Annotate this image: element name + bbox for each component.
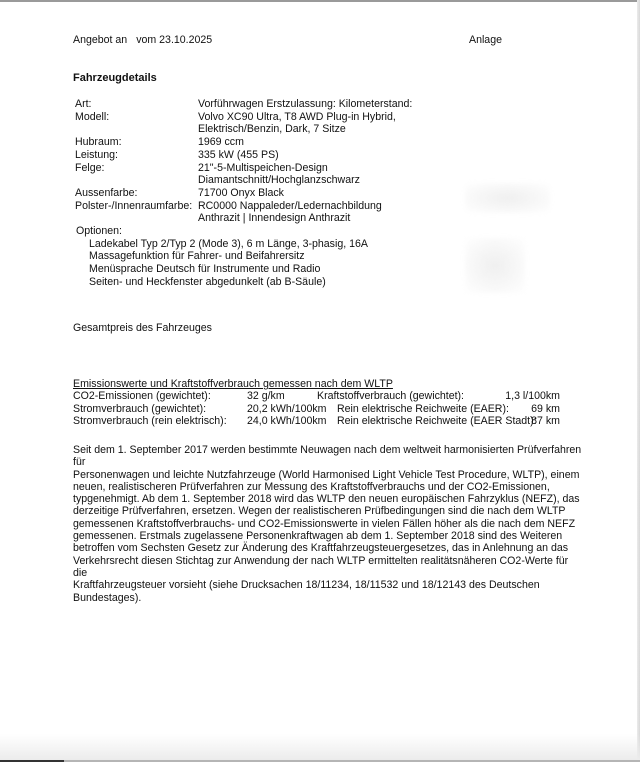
detail-row: Art:Vorführwagen Erstzulassung: Kilomete… (73, 98, 412, 111)
paragraph-line: Kraftfahrzeugsteuer vorsieht (siehe Druc… (73, 579, 583, 591)
option-item: Massagefunktion für Fahrer- und Beifahre… (89, 250, 412, 263)
detail-row: Anthrazit | Innendesign Anthrazit (73, 212, 412, 225)
emission-label: Stromverbrauch (gewichtet): (73, 403, 206, 415)
detail-label: Aussenfarbe: (73, 187, 198, 200)
detail-row: Felge:21"-5-Multispeichen-Design (73, 162, 412, 175)
emissions-row: CO2-Emissionen (gewichtet): 32 g/km Kraf… (73, 390, 573, 402)
detail-label: Leistung: (73, 149, 198, 162)
detail-value: Elektrisch/Benzin, Dark, 7 Sitze (198, 123, 346, 136)
emissions-section: Emissionswerte und Kraftstoffverbrauch g… (73, 378, 573, 427)
detail-value: 71700 Onyx Black (198, 187, 284, 200)
emissions-heading: Emissionswerte und Kraftstoffverbrauch g… (73, 378, 573, 390)
detail-label (73, 174, 198, 187)
paragraph-line: Seit dem 1. September 2017 werden bestim… (73, 444, 583, 469)
detail-value: 1969 ccm (198, 136, 244, 149)
redacted-region (465, 238, 525, 293)
detail-row: Hubraum:1969 ccm (73, 136, 412, 149)
paragraph-line: betroffen vom Sechsten Gesetz zur Änderu… (73, 542, 583, 554)
detail-row: Leistung:335 kW (455 PS) (73, 149, 412, 162)
emission-value: 20,2 kWh/100km (247, 403, 327, 415)
page-top-border (0, 0, 640, 2)
offer-label: Angebot an (73, 34, 127, 46)
paragraph-line: neuen, realistischeren Prüfverfahren zur… (73, 481, 583, 493)
paragraph-line: Bundestages). (73, 592, 583, 604)
paragraph-line: gemessenen. Erstmals zugelassene Persone… (73, 530, 583, 542)
paragraph-line: derzeitige Prüfverfahren, ersetzen. Wege… (73, 505, 583, 517)
detail-value: Diamantschnitt/Hochglanzschwarz (198, 174, 360, 187)
wltp-legal-paragraph: Seit dem 1. September 2017 werden bestim… (73, 444, 583, 604)
emission-label-2: Kraftstoffverbrauch (gewichtet): (317, 390, 464, 402)
detail-row: Modell:Volvo XC90 Ultra, T8 AWD Plug-in … (73, 111, 412, 124)
attachment-label: Anlage (469, 34, 502, 46)
detail-row: Diamantschnitt/Hochglanzschwarz (73, 174, 412, 187)
redacted-region (465, 183, 550, 213)
emission-value: 24,0 kWh/100km (247, 415, 327, 427)
options-list: Ladekabel Typ 2/Typ 2 (Mode 3), 6 m Läng… (73, 238, 412, 289)
vehicle-details-table: Art:Vorführwagen Erstzulassung: Kilomete… (73, 98, 412, 289)
emissions-row: Stromverbrauch (rein elektrisch): 24,0 k… (73, 415, 573, 427)
options-label: Optionen: (73, 225, 412, 238)
detail-label: Polster-/Innenraumfarbe: (73, 200, 198, 213)
detail-row: Polster-/Innenraumfarbe:RC0000 Nappalede… (73, 200, 412, 213)
detail-label (73, 212, 198, 225)
total-price-label: Gesamtpreis des Fahrzeuges (73, 322, 212, 334)
page-bottom-shadow (0, 734, 640, 760)
detail-value: 335 kW (455 PS) (198, 149, 279, 162)
emission-label-2: Rein elektrische Reichweite (EAER): (337, 403, 509, 415)
detail-value: Volvo XC90 Ultra, T8 AWD Plug-in Hybrid, (198, 111, 396, 124)
detail-label: Modell: (73, 111, 198, 124)
emission-value-2: 69 km (531, 403, 560, 415)
detail-label (73, 123, 198, 136)
emissions-row: Stromverbrauch (gewichtet): 20,2 kWh/100… (73, 403, 573, 415)
paragraph-line: Personenwagen und leichte Nutzfahrzeuge … (73, 469, 583, 481)
detail-label: Art: (73, 98, 198, 111)
detail-value: RC0000 Nappaleder/Ledernachbildung (198, 200, 382, 213)
document-header: Angebot anvom 23.10.2025 (73, 34, 212, 46)
emission-value-2: 87 km (531, 415, 560, 427)
detail-row: Aussenfarbe:71700 Onyx Black (73, 187, 412, 200)
emission-label: Stromverbrauch (rein elektrisch): (73, 415, 227, 427)
option-item: Ladekabel Typ 2/Typ 2 (Mode 3), 6 m Läng… (89, 238, 412, 251)
paragraph-line: typgenehmigt. Ab dem 1. September 2018 w… (73, 493, 583, 505)
detail-label: Felge: (73, 162, 198, 175)
emission-value-2: 1,3 l/100km (505, 390, 560, 402)
paragraph-line: gemessenen Kraftstoffverbrauchs- und CO2… (73, 518, 583, 530)
emission-label-2: Rein elektrische Reichweite (EAER Stadt)… (337, 415, 537, 427)
paragraph-line: Verkehrsrecht diesen Stichtag zur Anwend… (73, 555, 583, 580)
emission-label: CO2-Emissionen (gewichtet): (73, 390, 211, 402)
detail-value: Vorführwagen Erstzulassung: Kilometersta… (198, 98, 412, 111)
detail-value: 21"-5-Multispeichen-Design (198, 162, 328, 175)
detail-label: Hubraum: (73, 136, 198, 149)
detail-row: Elektrisch/Benzin, Dark, 7 Sitze (73, 123, 412, 136)
option-item: Seiten- und Heckfenster abgedunkelt (ab … (89, 276, 412, 289)
emission-value: 32 g/km (247, 390, 285, 402)
detail-value: Anthrazit | Innendesign Anthrazit (198, 212, 350, 225)
offer-date: vom 23.10.2025 (136, 34, 212, 46)
option-item: Menüsprache Deutsch für Instrumente und … (89, 263, 412, 276)
section-title-vehicle-details: Fahrzeugdetails (73, 72, 157, 84)
